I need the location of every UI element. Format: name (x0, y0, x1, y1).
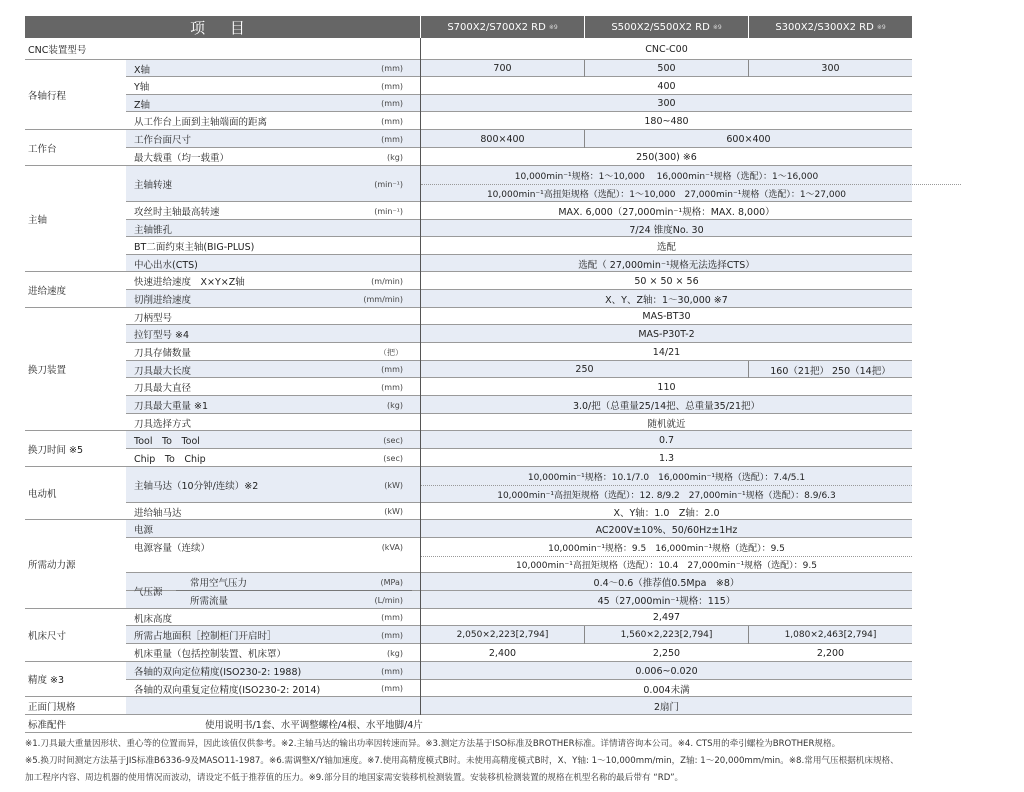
label-tool-length: 刀具最大长度 (134, 361, 191, 378)
value-power-capacity-line2: 10,000min⁻¹高扭矩规格（选配）：10.4 27,000min⁻¹规格（… (421, 556, 912, 573)
label-repeatability: 各轴的双向重复定位精度(ISO230-2: 2014) (134, 680, 320, 697)
value-floor-space-s700: 2,050×2,223[2,794] (421, 626, 584, 644)
unit-machine-height: (mm) (313, 609, 403, 626)
unit-x-axis: (mm) (313, 60, 403, 77)
label-tool-weight: 刀具最大重量 ※1 (134, 396, 208, 414)
col-divider (748, 60, 749, 77)
unit-distance: (mm) (313, 112, 403, 130)
label-spindle-taper: 主轴锥孔 (134, 220, 172, 237)
value-machine-height: 2,497 (421, 609, 912, 626)
value-tool-length-s300: 160（21把） 250（14把） (749, 361, 912, 378)
value-tool-capacity: 14/21 (421, 343, 912, 361)
value-front-door: 2扇门 (421, 697, 912, 715)
label-cts: 中心出水(CTS) (134, 255, 198, 272)
group-front-door: 正面门规格 (25, 697, 126, 715)
unit-spindle-motor: (kW) (313, 467, 403, 503)
value-tool-to-tool: 0.7 (421, 431, 912, 449)
column-divider-main (420, 38, 421, 715)
label-air-flow: 所需流量 (190, 591, 228, 609)
value-z-axis: 300 (421, 95, 912, 112)
label-pull-stud: 拉钉型号 ※4 (134, 325, 189, 343)
value-positioning-accuracy: 0.006~0.020 (421, 662, 912, 680)
label-machine-height: 机床高度 (134, 609, 172, 626)
unit-tap-speed: (min⁻¹) (313, 202, 403, 220)
value-tap-speed: MAX. 6,000（27,000min⁻¹规格：MAX. 8,000） (421, 202, 912, 220)
unit-machine-weight: (kg) (313, 644, 403, 662)
header-model-s300: S300X2/S300X2 RD※9 (749, 16, 912, 38)
value-accessories: 使用说明书/1套、水平调整螺栓/4根、水平地脚/4片 (205, 715, 423, 733)
label-rapid-feed: 快速进给速度 X×Y×Z轴 (134, 272, 245, 290)
group-dimensions: 机床尺寸 (25, 609, 126, 662)
value-chip-to-chip: 1.3 (421, 449, 912, 467)
unit-power-capacity: (kVA) (313, 538, 403, 556)
value-x-s500: 500 (585, 60, 748, 77)
value-table-size-s700: 800×400 (421, 130, 584, 148)
label-power-source: 电源 (134, 520, 153, 538)
unit-tool-length: (mm) (313, 361, 403, 378)
header-model-s700: S700X2/S700X2 RD※9 (421, 16, 584, 38)
group-tool-change-time: 换刀时间 ※5 (25, 431, 126, 467)
value-air-pressure: 0.4～0.6（推荐值0.5Mpa ※8） (421, 573, 912, 591)
unit-tool-weight: (kg) (313, 396, 403, 414)
label-chip-to-chip: Chip To Chip (134, 449, 206, 467)
value-cts: 选配（ 27,000min⁻¹规格无法选择CTS） (421, 255, 912, 272)
unit-z-axis: (mm) (313, 95, 403, 112)
label-feed-motor: 进给轴马达 (134, 503, 182, 520)
unit-tool-to-tool: (sec) (313, 431, 403, 449)
value-spindle-speed-line1: 10,000min⁻¹规格：1～10,000 16,000min⁻¹规格（选配）… (421, 166, 912, 184)
value-floor-space-s500: 1,560×2,223[2,794] (585, 626, 748, 644)
value-machine-weight-s300: 2,200 (749, 644, 912, 662)
label-max-load: 最大载重（均一载重） (134, 148, 229, 166)
value-y-axis: 400 (421, 77, 912, 95)
label-tool-selection: 刀具选择方式 (134, 414, 191, 431)
label-distance: 从工作台上面到主轴端面的距离 (134, 112, 267, 130)
value-floor-space-s300: 1,080×2,463[2,794] (749, 626, 912, 644)
unit-tool-capacity: （把） (313, 343, 403, 361)
value-tool-length-s700-s500: 250 (421, 361, 748, 378)
header-model-s500: S500X2/S500X2 RD※9 (585, 16, 748, 38)
value-x-s700: 700 (421, 60, 584, 77)
unit-air-flow: (L/min) (313, 591, 403, 609)
group-motor: 电动机 (25, 467, 126, 520)
value-x-s300: 300 (749, 60, 912, 77)
label-machine-weight: 机床重量（包括控制装置、机床罩） (134, 644, 286, 662)
unit-chip-to-chip: (sec) (313, 449, 403, 467)
group-table: 工作台 (25, 130, 126, 166)
value-max-load: 250(300) ※6 (421, 148, 912, 166)
label-spindle-speed: 主轴转速 (134, 166, 172, 202)
label-spindle-motor: 主轴马达（10分钟/连续）※2 (134, 467, 258, 503)
unit-max-load: (kg) (313, 148, 403, 166)
unit-rapid-feed: (m/min) (313, 272, 403, 290)
group-accessories: 标准配件 (28, 715, 66, 733)
label-table-size: 工作台面尺寸 (134, 130, 191, 148)
label-tap-speed: 攻丝时主轴最高转速 (134, 202, 220, 220)
label-floor-space: 所需占地面积［控制柜门开启时］ (134, 626, 277, 644)
label-x-axis: X轴 (134, 60, 150, 77)
label-air-source: 气压源 (134, 573, 163, 609)
footnote-line-1: ※1.刀具最大重量因形状、重心等的位置而异，因此该值仅供参考。※2.主轴马达的输… (25, 736, 1015, 753)
group-spindle: 主轴 (25, 166, 126, 272)
label-z-axis: Z轴 (134, 95, 150, 112)
value-rapid-feed: 50 × 50 × 56 (421, 272, 912, 290)
group-atc: 换刀装置 (25, 308, 126, 431)
unit-positioning-accuracy: (mm) (313, 662, 403, 680)
unit-feed-motor: (kW) (313, 503, 403, 520)
unit-cutting-feed: (mm/min) (313, 290, 403, 308)
value-cutting-feed: X、Y、Z轴：1～30,000 ※7 (421, 290, 912, 308)
value-tool-diameter: 110 (421, 378, 912, 396)
col-divider (584, 130, 585, 148)
value-distance: 180~480 (421, 112, 912, 130)
value-repeatability: 0.004未满 (421, 680, 912, 697)
label-cutting-feed: 切削进给速度 (134, 290, 191, 308)
unit-air-pressure: (MPa) (313, 573, 403, 591)
value-machine-weight-s700: 2,400 (421, 644, 584, 662)
value-spindle-speed-line2: 10,000min⁻¹高扭矩规格（选配）：1～10,000 27,000min⁻… (421, 184, 912, 202)
label-tool-diameter: 刀具最大直径 (134, 378, 191, 396)
unit-spindle-speed: (min⁻¹) (313, 166, 403, 202)
label-positioning-accuracy: 各轴的双向定位精度(ISO230-2: 1988) (134, 662, 301, 680)
footnote-line-2: ※5.换刀时间测定方法基于JIS标准B6336-9及MASO11-1987。※6… (25, 753, 1015, 770)
unit-repeatability: (mm) (313, 680, 403, 697)
label-tool-to-tool: Tool To Tool (134, 431, 200, 449)
value-tool-weight: 3.0/把（总重量25/14把、总重量35/21把） (421, 396, 912, 414)
label-air-pressure: 常用空气压力 (190, 573, 247, 591)
value-power-capacity-line1: 10,000min⁻¹规格：9.5 16,000min⁻¹规格（选配）：9.5 (421, 538, 912, 556)
group-feed: 进给速度 (25, 272, 126, 308)
value-spindle-motor-line1: 10,000min⁻¹规格：10.1/7.0 16,000min⁻¹规格（选配）… (421, 467, 912, 485)
unit-table-size: (mm) (313, 130, 403, 148)
value-spindle-motor-line2: 10,000min⁻¹高扭矩规格（选配）：12. 8/9.2 27,000min… (421, 485, 912, 503)
value-table-size-s500-s300: 600×400 (585, 130, 912, 148)
label-y-axis: Y轴 (134, 77, 149, 95)
group-stroke: 各轴行程 (25, 60, 126, 130)
unit-floor-space: (mm) (313, 626, 403, 644)
value-cnc: CNC-C00 (421, 38, 912, 60)
unit-tool-diameter: (mm) (313, 378, 403, 396)
value-tool-selection: 随机就近 (421, 414, 912, 431)
value-pull-stud: MAS-P30T-2 (421, 325, 912, 343)
value-power-source: AC200V±10%、50/60Hz±1Hz (421, 520, 912, 538)
value-spindle-taper: 7/24 锥度No. 30 (421, 220, 912, 237)
group-cnc: CNC装置型号 (28, 38, 86, 60)
header-item: 项 目 (25, 16, 420, 38)
value-tool-holder: MAS-BT30 (421, 308, 912, 325)
col-divider (584, 60, 585, 77)
col-divider (748, 361, 749, 378)
group-accuracy: 精度 ※3 (25, 662, 126, 697)
value-machine-weight-s500: 2,250 (585, 644, 748, 662)
label-tool-capacity: 刀具存储数量 (134, 343, 191, 361)
label-big-plus: BT二面约束主轴(BIG-PLUS) (134, 237, 254, 255)
label-tool-holder: 刀柄型号 (134, 308, 172, 325)
value-air-flow: 45（27,000min⁻¹规格：115） (421, 591, 912, 609)
footnote-line-3: 加工程序内容、周边机器的使用情况而波动，请设定不低于推荐值的压力。※9.部分目的… (25, 770, 1015, 787)
value-feed-motor: X、Y轴：1.0 Z轴：2.0 (421, 503, 912, 520)
row-accessories (25, 715, 912, 733)
group-power: 所需动力源 (25, 520, 126, 609)
value-big-plus: 选配 (421, 237, 912, 255)
label-power-capacity: 电源容量（连续） (134, 538, 210, 556)
unit-y-axis: (mm) (313, 77, 403, 95)
